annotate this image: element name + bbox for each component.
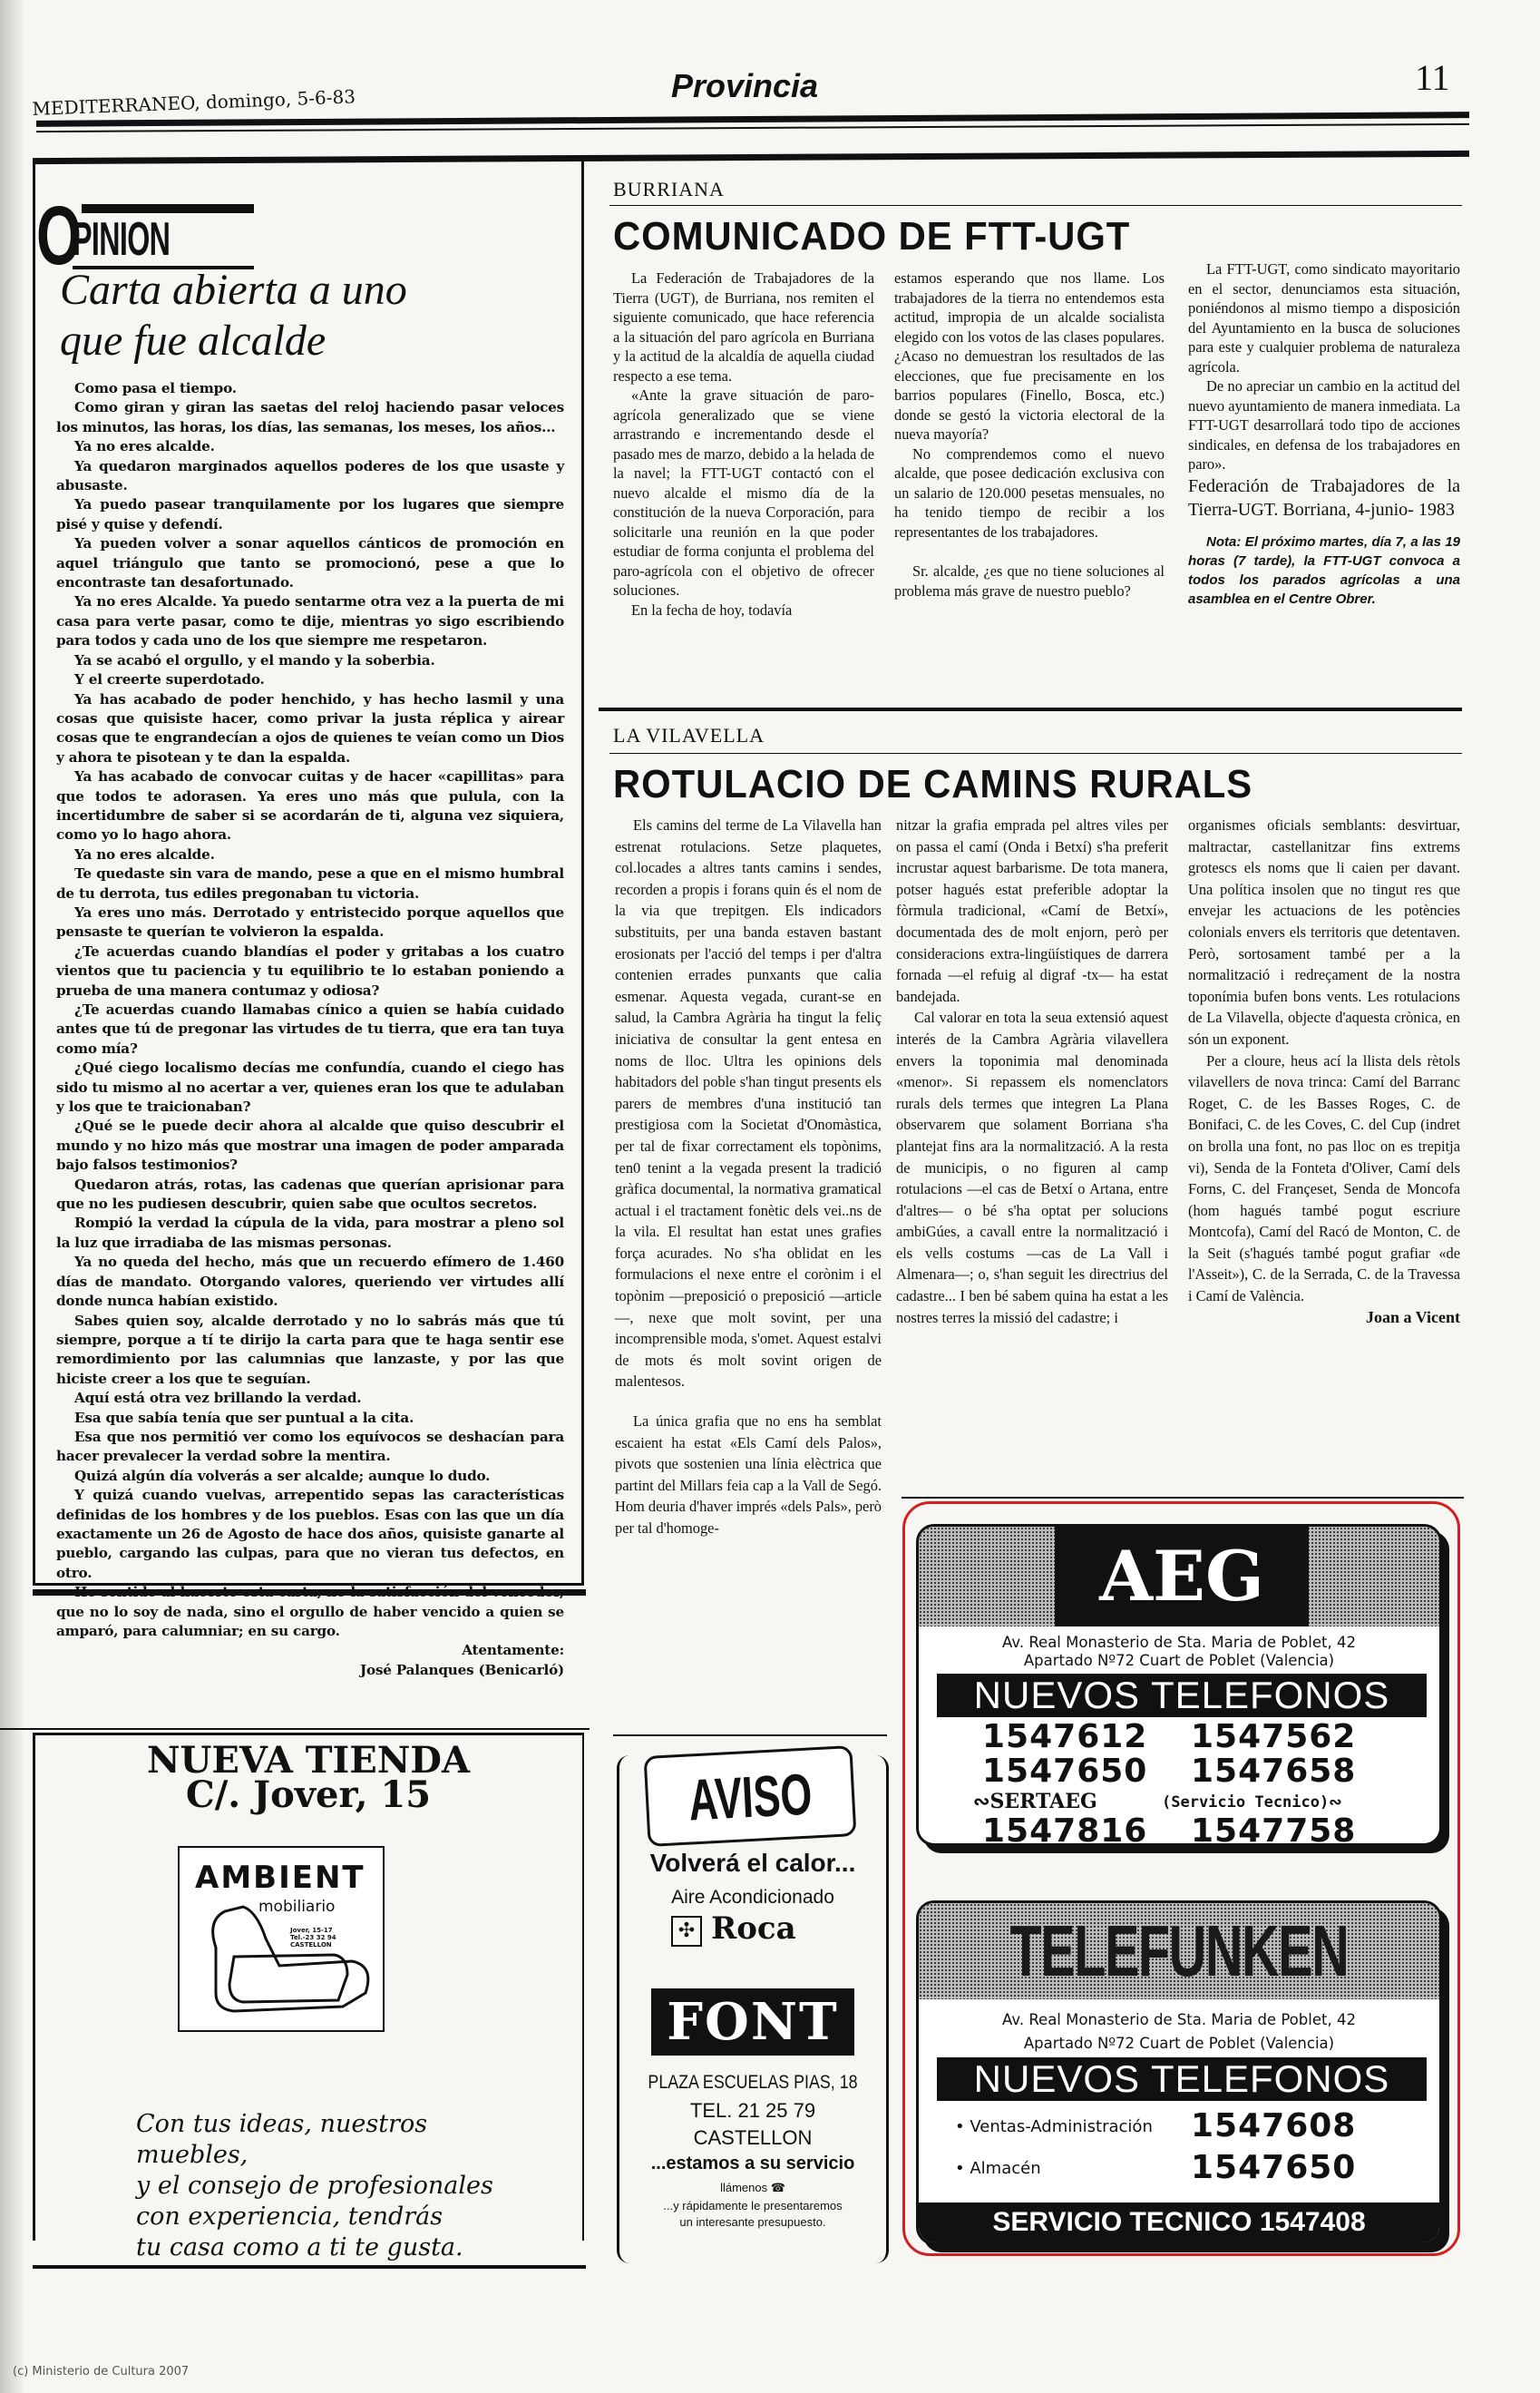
page-number: 11 [1415, 56, 1450, 99]
telefunken-logo: TELEFUNKEN [1010, 1903, 1349, 1999]
ambient-brand: AMBIENT [195, 1860, 366, 1896]
opinion-closing: Atentamente: [56, 1641, 564, 1660]
aeg-phone-tecnico: 1547758 [1191, 1813, 1356, 1846]
ftt-kicker: BURRIANA [613, 178, 725, 201]
section-title: Provincia [671, 67, 818, 105]
font-phone: TEL. 21 25 79 [617, 2099, 889, 2123]
ftt-signature: Federación de Trabajadores de la Tierra-… [1188, 474, 1460, 522]
tienda-bottom-rule [33, 2265, 586, 2269]
telefunken-ventas-label: • Ventas-Administración [955, 2117, 1153, 2136]
aviso-product: Aire Acondicionado [617, 1887, 889, 1909]
opinion-signature: José Palanques (Benicarló) [56, 1661, 564, 1680]
copyright-footer: (c) Ministerio de Cultura 2007 [13, 2365, 189, 2378]
telefunken-logo-band: TELEFUNKEN [919, 1903, 1439, 1999]
aeg-logo-band: AEG [919, 1527, 1439, 1626]
ftt-bottom-rule [599, 708, 1462, 711]
ftt-kicker-rule [609, 205, 1462, 206]
font-service: ...estamos a su servicio [617, 2154, 889, 2174]
page-edge-shadow [0, 0, 25, 2393]
telefunken-address: Av. Real Monasterio de Sta. Maria de Pob… [919, 2008, 1439, 2056]
vilavella-headline: ROTULACIO DE CAMINS RURALS [613, 762, 1252, 807]
ad-handwritten-slogan: Con tus ideas, nuestros muebles, y el co… [136, 2109, 535, 2263]
aviso-badge: AVISO [644, 1745, 857, 1847]
ambient-subtitle: mobiliario [258, 1898, 335, 1916]
opinion-headline: Carta abierta a uno que fue alcalde [60, 265, 568, 366]
roca-brand: Roca [711, 1910, 796, 1947]
ad-aeg: AEG Av. Real Monasterio de Sta. Maria de… [916, 1524, 1442, 1846]
opinion-bottom-rule [33, 1589, 586, 1596]
aeg-top-rule [902, 1497, 1464, 1499]
publication-date: MEDITERRANEO, domingo, 5-6-83 [32, 85, 356, 120]
font-footer-2: un interesante presupuesto. [617, 2215, 889, 2229]
aeg-phone-2: 1547562 [1191, 1719, 1356, 1755]
aviso-tagline: Volverá el calor... [617, 1849, 889, 1878]
telefunken-almacen-label: • Almacén [955, 2159, 1041, 2178]
ftt-headline: COMUNICADO DE FTT-UGT [613, 214, 1130, 259]
telefunken-almacen-phone: 1547650 [1191, 2150, 1356, 2186]
opinion-section-logo: O PINION [36, 200, 227, 263]
aeg-phone-4: 1547658 [1191, 1753, 1356, 1790]
vilavella-signature: Joan a Vicent [1188, 1307, 1460, 1329]
aeg-phone-sertaeg: 1547816 [982, 1813, 1147, 1846]
aeg-nuevos-banner: NUEVOS TELEFONOS [937, 1674, 1427, 1717]
font-call: llámenos ☎ [617, 2181, 889, 2195]
separator-rule [0, 1728, 590, 1730]
aeg-sertaeg: ∾SERTAEG [973, 1790, 1097, 1813]
vilavella-kicker-rule [609, 753, 1462, 754]
opinion-body: Como pasa el tiempo. Como giran y giran … [56, 379, 564, 1680]
ad-telefunken: TELEFUNKEN Av. Real Monasterio de Sta. M… [916, 1900, 1442, 2245]
font-city: CASTELLON [617, 2126, 889, 2150]
aeg-tecnico: (Servicio Tecnico)∾ [1162, 1793, 1341, 1812]
roca-fan-icon: ✣ [671, 1916, 702, 1947]
telefunken-ventas-phone: 1547608 [1191, 2108, 1356, 2144]
ftt-column-2: estamos esperando que nos llame. Los tra… [894, 269, 1165, 601]
aeg-phone-1: 1547612 [982, 1719, 1147, 1755]
aeg-logo: AEG [1055, 1527, 1309, 1626]
vilavella-column-2: nitzar la grafia emprada pel altres vile… [896, 815, 1168, 1328]
ftt-note: Nota: El próximo martes, día 7, a las 19… [1188, 532, 1460, 609]
ftt-column-3: La FTT-UGT, como sindicato mayoritario e… [1188, 259, 1460, 609]
vilavella-kicker: LA VILAVELLA [613, 724, 765, 747]
tilde-ornament-icon: ∾ [1329, 1793, 1341, 1812]
tilde-ornament-icon: ∾ [973, 1790, 989, 1813]
font-address: PLAZA ESCUELAS PIAS, 18 [638, 2072, 869, 2094]
font-store-logo: FONT [651, 1988, 854, 2056]
vilavella-column-3: organismes oficials semblants: desvirtua… [1188, 815, 1460, 1328]
ambient-address: Jover, 15-17 Tel.-23 32 94 CASTELLON [290, 1927, 336, 1949]
vilavella-column-1: Els camins del terme de La Vilavella han… [615, 815, 882, 1539]
ad-tienda-title: NUEVA TIENDA C/. Jover, 15 [36, 1743, 580, 1812]
telefunken-nuevos-banner: NUEVOS TELEFONOS [937, 2057, 1427, 2101]
font-footer-1: ...y rápidamente le presentaremos [617, 2199, 889, 2212]
telephone-icon: ☎ [771, 2181, 785, 2194]
aviso-top-rule [613, 1734, 887, 1736]
ftt-column-1: La Federación de Trabajadores de la Tier… [613, 269, 874, 620]
aeg-address: Av. Real Monasterio de Sta. Maria de Pob… [919, 1634, 1439, 1670]
telefunken-servicio-tecnico: SERVICIO TECNICO 1547408 [919, 2203, 1439, 2242]
aeg-phone-3: 1547650 [982, 1753, 1147, 1790]
